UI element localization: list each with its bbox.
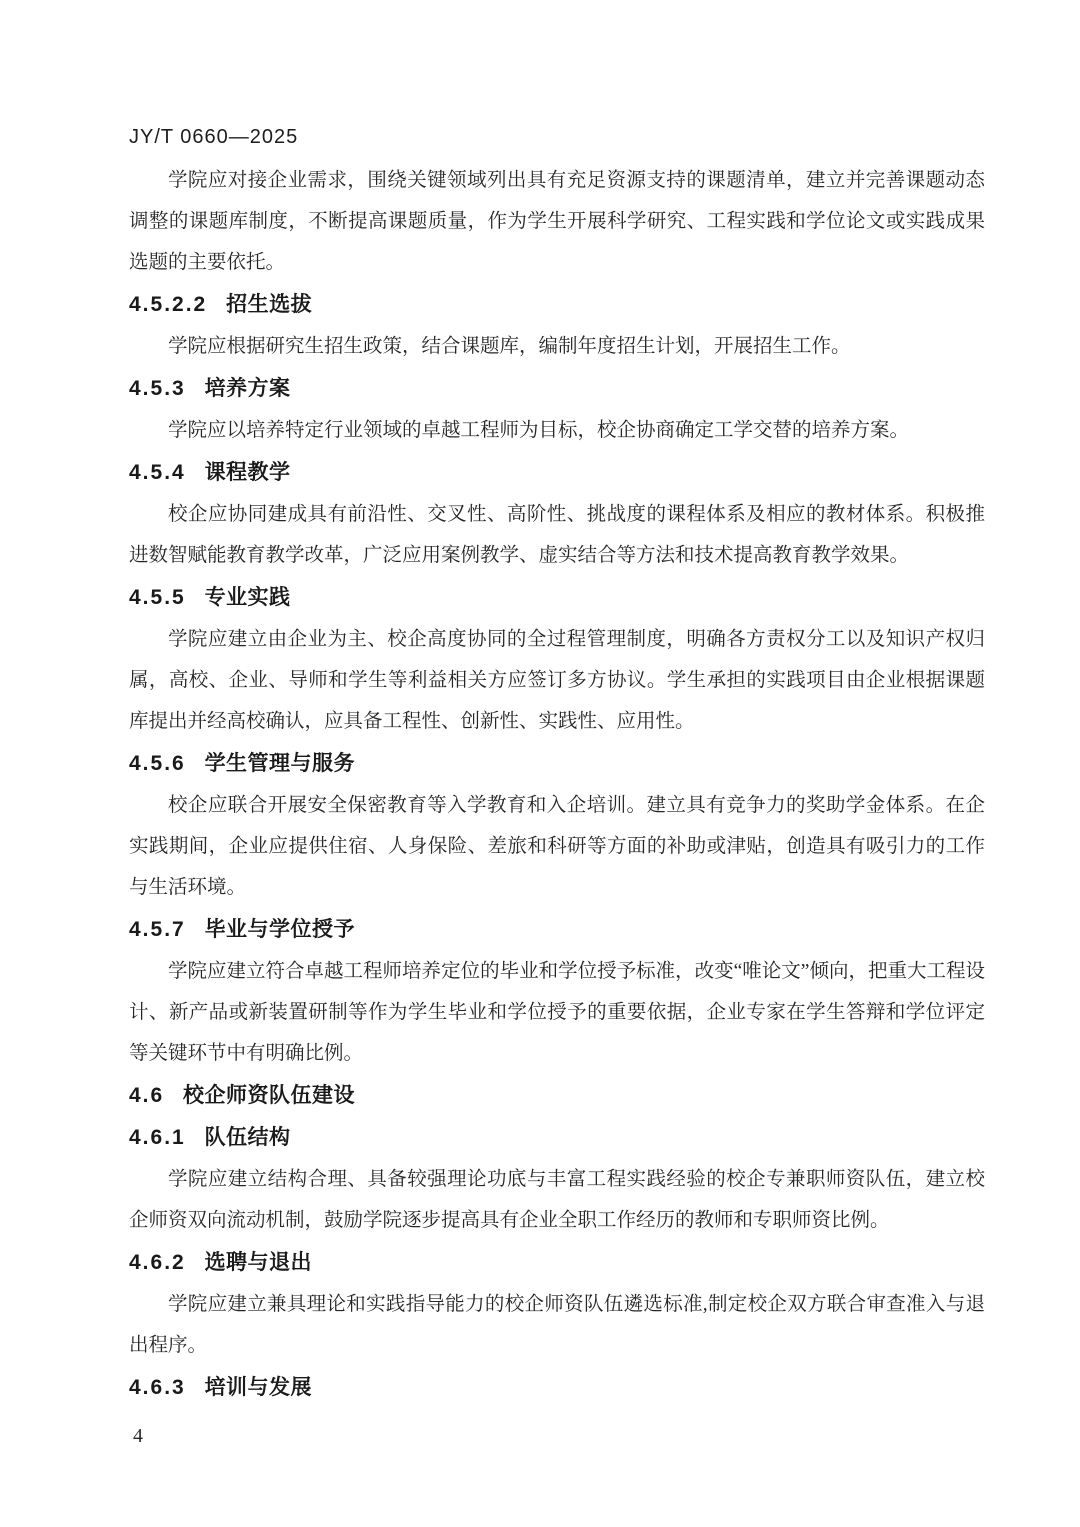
section-number: 4.5.6	[129, 752, 186, 775]
section-title: 队伍结构	[205, 1126, 291, 1149]
section-number: 4.5.2.2	[129, 293, 207, 316]
paragraph: 校企应协同建成具有前沿性、交叉性、高阶性、挑战度的课程体系及相应的教材体系。积极…	[129, 494, 985, 576]
section-title: 毕业与学位授予	[205, 918, 356, 941]
section-number: 4.6.1	[129, 1126, 186, 1149]
paragraph: 学院应建立结构合理、具备较强理论功底与丰富工程实践经验的校企专兼职师资队伍，建立…	[129, 1159, 985, 1241]
section-heading: 4.5.6 学生管理与服务	[129, 743, 985, 784]
section-heading: 4.6.2 选聘与退出	[129, 1242, 985, 1283]
document-page: JY/T 0660—2025 学院应对接企业需求，围绕关键领域列出具有充足资源支…	[0, 0, 1080, 1527]
paragraph: 学院应根据研究生招生政策，结合课题库，编制年度招生计划，开展招生工作。	[129, 326, 985, 367]
section-heading: 4.5.7 毕业与学位授予	[129, 909, 985, 950]
section-number: 4.5.7	[129, 918, 186, 941]
section-heading: 4.6.3 培训与发展	[129, 1367, 985, 1408]
section-heading: 4.6.1 队伍结构	[129, 1117, 985, 1158]
section-number: 4.6.3	[129, 1376, 186, 1399]
section-title: 课程教学	[205, 461, 291, 484]
paragraph: 学院应对接企业需求，围绕关键领域列出具有充足资源支持的课题清单，建立并完善课题动…	[129, 160, 985, 283]
section-number: 4.6.2	[129, 1251, 186, 1274]
document-standard-number: JY/T 0660—2025	[129, 126, 298, 149]
paragraph: 学院应建立兼具理论和实践指导能力的校企师资队伍遴选标准,制定校企双方联合审查准入…	[129, 1284, 985, 1366]
section-title: 专业实践	[205, 586, 291, 609]
section-title: 校企师资队伍建设	[183, 1084, 355, 1107]
section-title: 学生管理与服务	[205, 752, 356, 775]
section-title: 培养方案	[205, 377, 291, 400]
paragraph: 学院应以培养特定行业领域的卓越工程师为目标，校企协商确定工学交替的培养方案。	[129, 410, 985, 451]
paragraph: 学院应建立由企业为主、校企高度协同的全过程管理制度，明确各方责权分工以及知识产权…	[129, 619, 985, 742]
section-title: 选聘与退出	[205, 1251, 313, 1274]
section-number: 4.6	[129, 1084, 164, 1107]
section-heading: 4.5.5 专业实践	[129, 577, 985, 618]
document-content: 学院应对接企业需求，围绕关键领域列出具有充足资源支持的课题清单，建立并完善课题动…	[129, 160, 985, 1409]
section-number: 4.5.5	[129, 586, 186, 609]
page-number: 4	[133, 1416, 143, 1457]
section-title: 招生选拔	[226, 293, 312, 316]
section-number: 4.5.3	[129, 377, 186, 400]
paragraph: 学院应建立符合卓越工程师培养定位的毕业和学位授予标准，改变“唯论文”倾向，把重大…	[129, 951, 985, 1074]
paragraph: 校企应联合开展安全保密教育等入学教育和入企培训。建立具有竞争力的奖助学金体系。在…	[129, 785, 985, 908]
section-heading: 4.6 校企师资队伍建设	[129, 1075, 985, 1116]
section-heading: 4.5.2.2 招生选拔	[129, 284, 985, 325]
section-heading: 4.5.3 培养方案	[129, 368, 985, 409]
section-title: 培训与发展	[205, 1376, 313, 1399]
section-number: 4.5.4	[129, 461, 186, 484]
section-heading: 4.5.4 课程教学	[129, 452, 985, 493]
